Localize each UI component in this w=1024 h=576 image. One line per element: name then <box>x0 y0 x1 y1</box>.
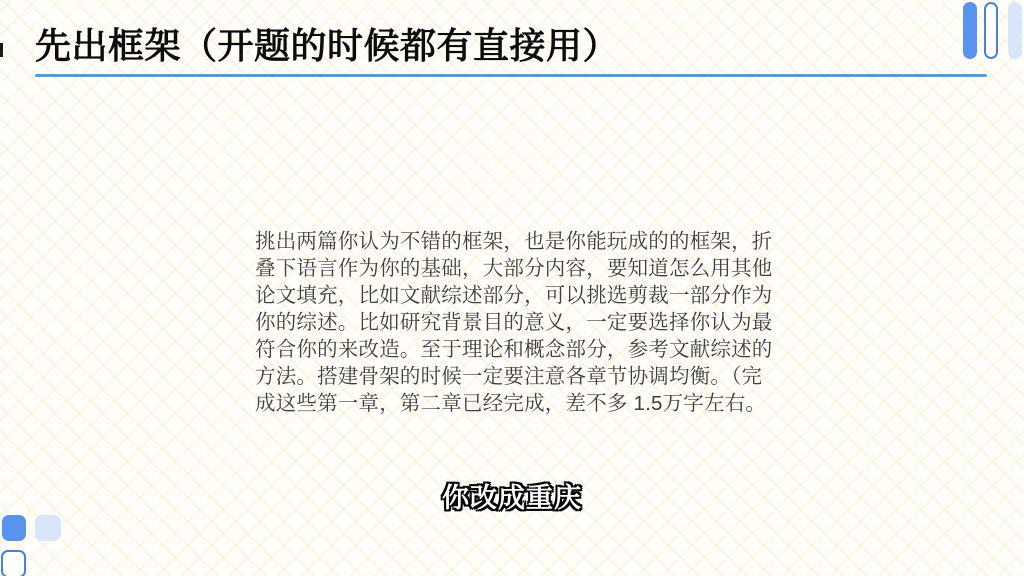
left-edge-artifact <box>0 43 3 57</box>
bottom-left-square-outlined <box>1 550 26 576</box>
top-right-decoration <box>963 2 1024 59</box>
bottom-left-square-solid <box>2 515 26 541</box>
title-underline <box>35 74 987 77</box>
slide-title: 先出框架（开题的时候都有直接用） <box>35 18 619 69</box>
pill-solid-blue <box>963 2 977 59</box>
presentation-slide: 先出框架（开题的时候都有直接用） 挑出两篇你认为不错的框架，也是你能玩成的的框架… <box>0 0 1024 576</box>
video-caption: 你改成重庆 <box>0 476 1024 515</box>
pill-outlined <box>984 2 998 59</box>
bottom-left-square-pale <box>35 515 61 541</box>
slide-body-paragraph: 挑出两篇你认为不错的框架，也是你能玩成的的框架，折 叠下语言作为你的基础，大部分… <box>255 228 795 417</box>
pill-pale-blue <box>1008 2 1022 59</box>
